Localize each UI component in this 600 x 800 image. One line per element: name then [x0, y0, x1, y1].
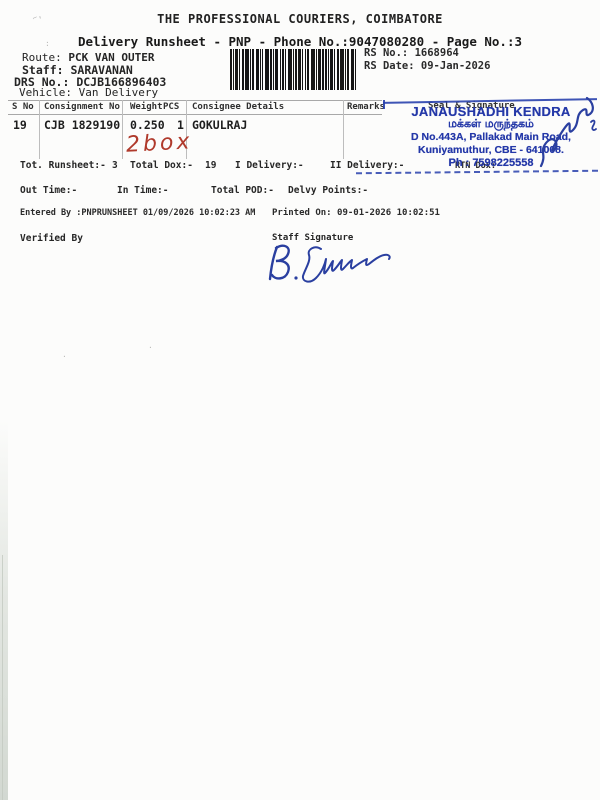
rs-date-line: RS Date: 09-Jan-2026: [364, 60, 490, 72]
rs-no-label: RS No.:: [364, 47, 408, 59]
scanned-delivery-runsheet: ~, : · · THE PROFESSIONAL COURIERS, COIM…: [0, 0, 600, 800]
i-delivery-label: I Delivery:-: [235, 161, 304, 172]
scan-speck: ·: [62, 352, 67, 361]
rs-date-label: RS Date:: [364, 60, 415, 72]
printed-on-line: Printed On: 09-01-2026 10:02:51: [272, 208, 440, 218]
total-dox-value: 19: [205, 161, 216, 172]
in-time-label: In Time:-: [117, 186, 168, 197]
header-remarks: Remarks: [347, 102, 385, 112]
vehicle-label: Vehicle:: [19, 86, 72, 99]
receiver-signature-handwriting: [531, 90, 600, 174]
cell-consignee: GOKULRAJ: [192, 119, 247, 132]
delvy-points-label: Delvy Points:-: [288, 186, 368, 197]
out-time-label: Out Time:-: [20, 186, 77, 197]
header-consignee-details: Consignee Details: [192, 102, 284, 112]
staff-signature-handwriting: [263, 239, 398, 291]
handwritten-pcs-note: 2box: [125, 129, 193, 157]
rs-date-value: 09-Jan-2026: [421, 60, 491, 72]
header-weight: Weight: [130, 102, 163, 112]
scan-edge-line: [2, 555, 3, 800]
header-s-no: S No: [12, 102, 34, 112]
rs-no-line: RS No.: 1668964: [364, 47, 459, 59]
header-pcs: PCS: [163, 102, 179, 112]
drs-barcode: [230, 49, 360, 90]
verified-by-label: Verified By: [20, 234, 83, 245]
table-column-line: [343, 100, 344, 159]
vehicle-line: Vehicle: Van Delivery: [19, 87, 158, 100]
cell-s-no: 19: [13, 119, 27, 132]
cell-consignment-no: CJB 1829190: [44, 119, 120, 132]
header-consignment-no: Consignment No: [44, 102, 120, 112]
total-pod-label: Total POD:-: [211, 186, 274, 197]
scan-speck: ·: [148, 343, 153, 352]
tot-runsheet-label: Tot. Runsheet:-: [20, 161, 106, 172]
vehicle-value: Van Delivery: [79, 86, 158, 99]
tot-runsheet-value: 3: [112, 161, 118, 172]
total-dox-label: Total Dox:-: [130, 161, 193, 172]
rs-no-value: 1668964: [415, 47, 459, 59]
page-title: THE PROFESSIONAL COURIERS, COIMBATORE: [0, 13, 600, 27]
table-top-border: [8, 100, 382, 101]
entered-by-line: Entered By :PNPRUNSHEET 01/09/2026 10:02…: [20, 209, 255, 219]
table-header-border: [8, 114, 382, 115]
page-subtitle: Delivery Runsheet - PNP - Phone No.:9047…: [0, 35, 600, 49]
table-column-line: [122, 100, 123, 159]
table-column-line: [39, 100, 40, 159]
